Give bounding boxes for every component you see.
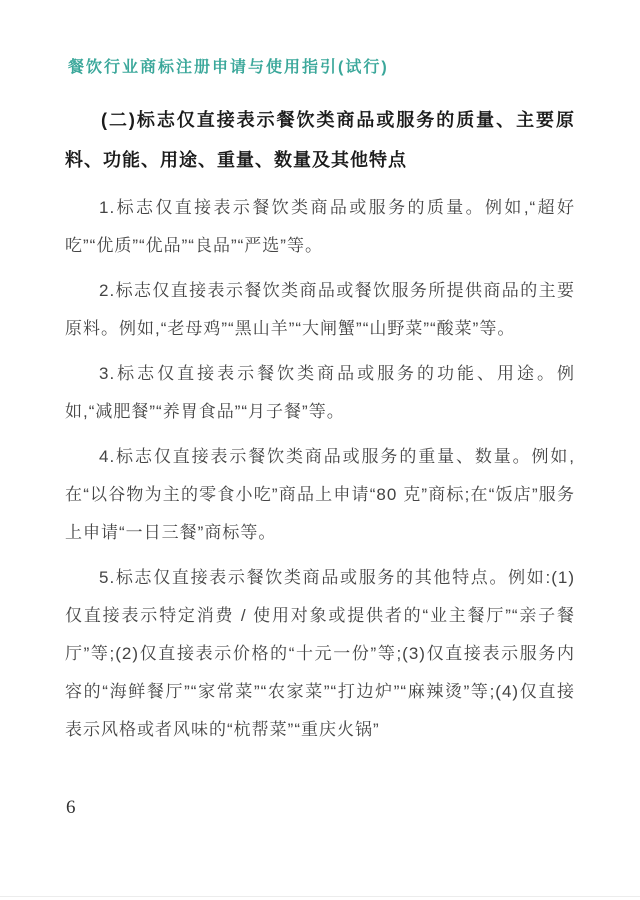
body-paragraph-3: 3.标志仅直接表示餐饮类商品或服务的功能、用途。例如,“减肥餐”“养胃食品”“月… xyxy=(65,355,575,431)
document-content: (二)标志仅直接表示餐饮类商品或服务的质量、主要原料、功能、用途、重量、数量及其… xyxy=(65,100,575,756)
body-paragraph-4: 4.标志仅直接表示餐饮类商品或服务的重量、数量。例如,在“以谷物为主的零食小吃”… xyxy=(65,438,575,552)
body-paragraph-2: 2.标志仅直接表示餐饮类商品或餐饮服务所提供商品的主要原料。例如,“老母鸡”“黑… xyxy=(65,272,575,348)
running-header: 餐饮行业商标注册申请与使用指引(试行) xyxy=(68,54,389,77)
body-paragraph-5: 5.标志仅直接表示餐饮类商品或服务的其他特点。例如:(1)仅直接表示特定消费 /… xyxy=(65,559,575,749)
page-number: 6 xyxy=(66,797,76,819)
page-bottom-edge xyxy=(0,896,640,897)
body-paragraph-1: 1.标志仅直接表示餐饮类商品或服务的质量。例如,“超好吃”“优质”“优品”“良品… xyxy=(65,189,575,265)
document-page: 餐饮行业商标注册申请与使用指引(试行) (二)标志仅直接表示餐饮类商品或服务的质… xyxy=(0,0,640,900)
section-heading: (二)标志仅直接表示餐饮类商品或服务的质量、主要原料、功能、用途、重量、数量及其… xyxy=(65,100,575,180)
